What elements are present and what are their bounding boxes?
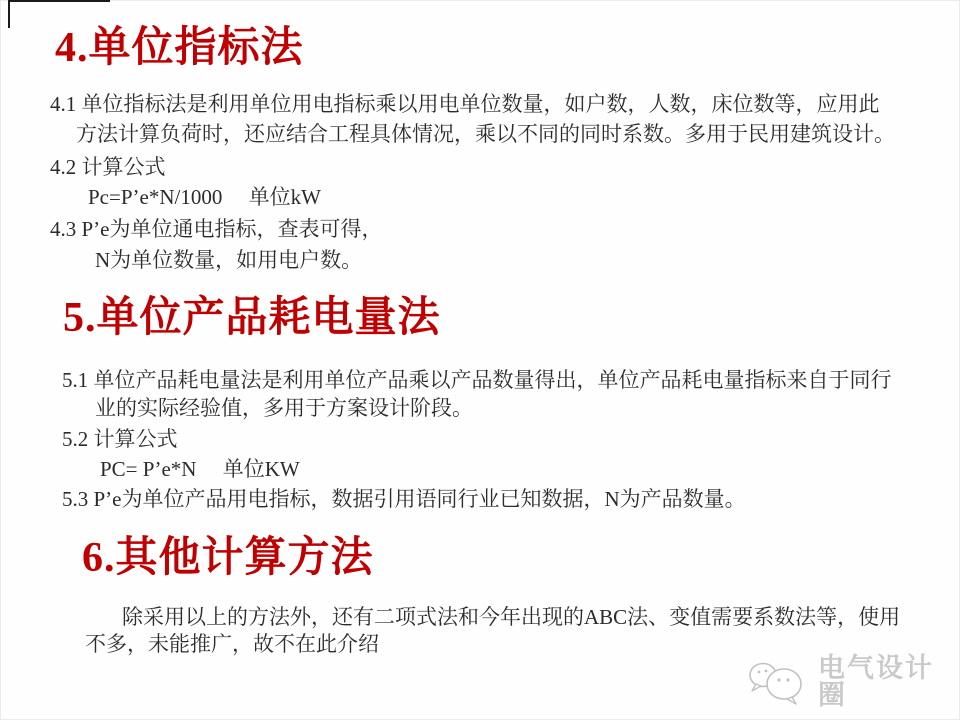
item-5-1-line-1: 5.1 单位产品耗电量法是利用单位产品乘以产品数量得出，单位产品耗电量指标来自于… [62,368,892,393]
item-4-2-label: 4.2 计算公式 [50,155,166,180]
item-5-3-line-1: 5.3 P’e为单位产品用电指标，数据引用语同行业已知数据，N为产品数量。 [62,487,746,512]
section-5-title: 5.单位产品耗电量法 [63,297,441,339]
item-4-1-line-2: 方法计算负荷时，还应结合工程具体情况，乘以不同的同时系数。多用于民用建筑设计。 [76,122,895,147]
item-4-1-line-1: 4.1 单位指标法是利用单位用电指标乘以用电单位数量，如户数，人数，床位数等，应… [50,92,880,117]
watermark-label: 电气设计圈 [818,655,960,709]
wechat-chat-bubbles-icon [746,657,808,707]
formula-4-2: Pc=P’e*N/1000 单位kW [88,185,321,210]
slide-page: { "page": { "background": "#fefefe", "he… [0,0,960,720]
section-6-para-line-1: 除采用以上的方法外，还有二项式法和今年出现的ABC法、变值需要系数法等，使用 [122,605,900,630]
border-corner-mark-vertical [8,0,10,28]
watermark: 电气设计圈 [746,655,960,709]
section-4-title: 4.单位指标法 [55,27,304,69]
item-5-1-line-2: 业的实际经验值，多用于方案设计阶段。 [95,396,473,421]
formula-5-2: PC= P’e*N 单位KW [100,457,300,482]
item-4-3-line-2: N为单位数量，如用电户数。 [95,248,362,273]
section-6-title: 6.其他计算方法 [82,537,374,579]
item-4-3-line-1: 4.3 P’e为单位通电指标，查表可得， [50,217,383,242]
section-6-para-line-2: 不多，未能推广，故不在此介绍 [85,632,379,657]
item-5-2-label: 5.2 计算公式 [62,427,178,452]
border-corner-mark-horizontal [8,0,110,2]
